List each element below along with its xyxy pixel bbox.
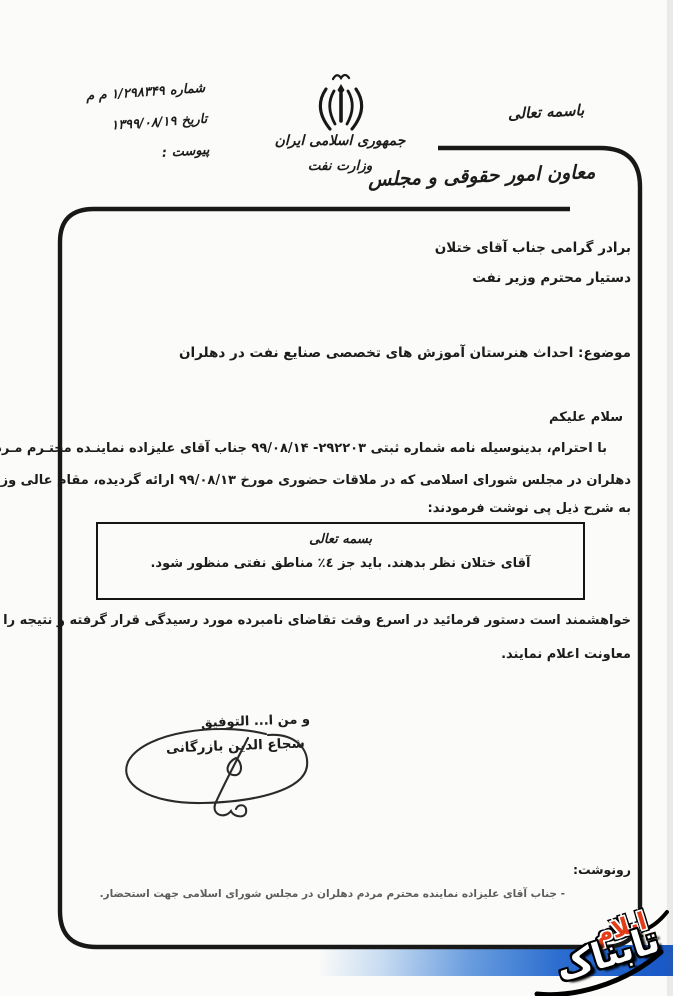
body-line-3: به شرح ذیل پی نوشت فرمودند: <box>428 501 631 516</box>
date-label: تاریخ <box>181 112 208 129</box>
note-box-text: آقای ختلان نظر بدهند. باید جز ٤٪ مناطق ن… <box>98 556 583 571</box>
invocation-besmeh: باسمه تعالی <box>481 100 612 125</box>
letter-meta-block: شماره۱/۲۹۸۳۴۹ م م تاریخ۱۳۹۹/۰۸/۱۹ پیوست … <box>55 81 211 184</box>
signatory-name: شجاع الدین بازرگانی <box>166 736 305 757</box>
signature-tagline: و من ا... التوفیق <box>201 712 310 731</box>
number-value: ۱/۲۹۸۳۴۹ م م <box>86 84 166 104</box>
closing-line-2: معاونت اعلام نمایند. <box>501 647 631 662</box>
scanned-letter-page: شماره۱/۲۹۸۳۴۹ م م تاریخ۱۳۹۹/۰۸/۱۹ پیوست … <box>0 0 673 996</box>
number-label: شماره <box>169 81 205 98</box>
closing-line-1: خواهشمند است دستور فرمائید در اسرع وقت ت… <box>72 613 631 628</box>
republic-title: جمهوری اسلامی ایران <box>240 133 440 149</box>
letter-attachment-row: پیوست : <box>59 143 210 168</box>
body-line-2: دهلران در مجلس شورای اسلامی که در ملاقات… <box>72 473 631 488</box>
addressee-line-1: برادر گرامی جناب آقای ختلان <box>435 240 631 256</box>
cc-item: - جناب آقای علیزاده نماینده محترم مردم د… <box>100 888 565 900</box>
tabnak-ilam-watermark-logo: ایلام تابناک <box>519 908 673 996</box>
addressee-line-2: دستیار محترم وزیر نفت <box>472 270 631 286</box>
cc-label: رونوشت: <box>573 862 631 877</box>
body-line-1: با احترام، بدینوسیله نامه شماره ثبتی ۲۹۲… <box>72 441 607 456</box>
note-box-invocation: بسمه تعالی <box>98 532 583 547</box>
letter-date-row: تاریخ۱۳۹۹/۰۸/۱۹ <box>57 112 208 137</box>
ministerial-note-box: بسمه تعالی آقای ختلان نظر بدهند. باید جز… <box>96 522 585 600</box>
scan-edge-shadow <box>667 0 673 996</box>
salutation: سلام علیکم <box>549 410 623 425</box>
attachment-label: پیوست : <box>161 143 210 161</box>
date-value: ۱۳۹۹/۰۸/۱۹ <box>111 114 177 134</box>
letter-number-row: شماره۱/۲۹۸۳۴۹ م م <box>55 81 206 106</box>
iran-emblem-icon <box>312 70 370 132</box>
subject-line: موضوع: احداث هنرستان آموزش های تخصصی صنا… <box>179 345 631 361</box>
